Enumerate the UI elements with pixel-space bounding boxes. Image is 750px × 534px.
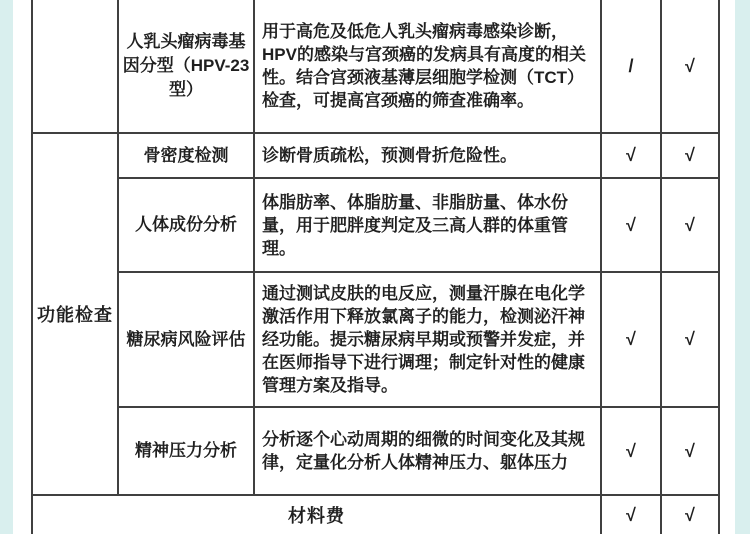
plan-a-mark: √	[601, 272, 661, 407]
plan-b-mark: √	[661, 178, 719, 272]
page-margin-right	[735, 0, 750, 534]
item-description: 分析逐个心动周期的细微的时间变化及其规律，定量化分析人体精神压力、躯体压力	[254, 407, 601, 495]
plan-a-mark: √	[601, 495, 661, 534]
plan-b-mark: √	[661, 133, 719, 178]
page-margin-left	[0, 0, 13, 534]
plan-a-mark: /	[601, 0, 661, 133]
plan-b-mark: √	[661, 272, 719, 407]
category-cell-function-exam: 功能检查	[32, 133, 118, 495]
plan-a-mark: √	[601, 133, 661, 178]
comparison-table: 人乳头瘤病毒基因分型（HPV-23型） 用于高危及低危人乳头瘤病毒感染诊断，HP…	[31, 0, 720, 534]
item-name: 糖尿病风险评估	[118, 272, 254, 407]
plan-b-mark: √	[661, 0, 719, 133]
exam-package-table: 人乳头瘤病毒基因分型（HPV-23型） 用于高危及低危人乳头瘤病毒感染诊断，HP…	[31, 0, 720, 534]
table-row: 糖尿病风险评估 通过测试皮肤的电反应，测量汗腺在电化学激活作用下释放氯离子的能力…	[32, 272, 719, 407]
table-row: 人体成份分析 体脂肪率、体脂肪量、非脂肪量、体水份量，用于肥胖度判定及三高人群的…	[32, 178, 719, 272]
item-description: 体脂肪率、体脂肪量、非脂肪量、体水份量，用于肥胖度判定及三高人群的体重管理。	[254, 178, 601, 272]
table-row: 人乳头瘤病毒基因分型（HPV-23型） 用于高危及低危人乳头瘤病毒感染诊断，HP…	[32, 0, 719, 133]
item-name: 骨密度检测	[118, 133, 254, 178]
category-cell-empty	[32, 0, 118, 133]
plan-b-mark: √	[661, 407, 719, 495]
item-description: 用于高危及低危人乳头瘤病毒感染诊断，HPV的感染与宫颈癌的发病具有高度的相关性。…	[254, 0, 601, 133]
table-row: 功能检查 骨密度检测 诊断骨质疏松，预测骨折危险性。 √ √	[32, 133, 719, 178]
item-name: 人体成份分析	[118, 178, 254, 272]
plan-a-mark: √	[601, 178, 661, 272]
material-fee-label: 材料费	[32, 495, 601, 534]
plan-a-mark: √	[601, 407, 661, 495]
table-row: 精神压力分析 分析逐个心动周期的细微的时间变化及其规律，定量化分析人体精神压力、…	[32, 407, 719, 495]
item-description: 诊断骨质疏松，预测骨折危险性。	[254, 133, 601, 178]
item-description: 通过测试皮肤的电反应，测量汗腺在电化学激活作用下释放氯离子的能力，检测泌汗神经功…	[254, 272, 601, 407]
table-row: 材料费 √ √	[32, 495, 719, 534]
item-name: 人乳头瘤病毒基因分型（HPV-23型）	[118, 0, 254, 133]
item-name: 精神压力分析	[118, 407, 254, 495]
plan-b-mark: √	[661, 495, 719, 534]
